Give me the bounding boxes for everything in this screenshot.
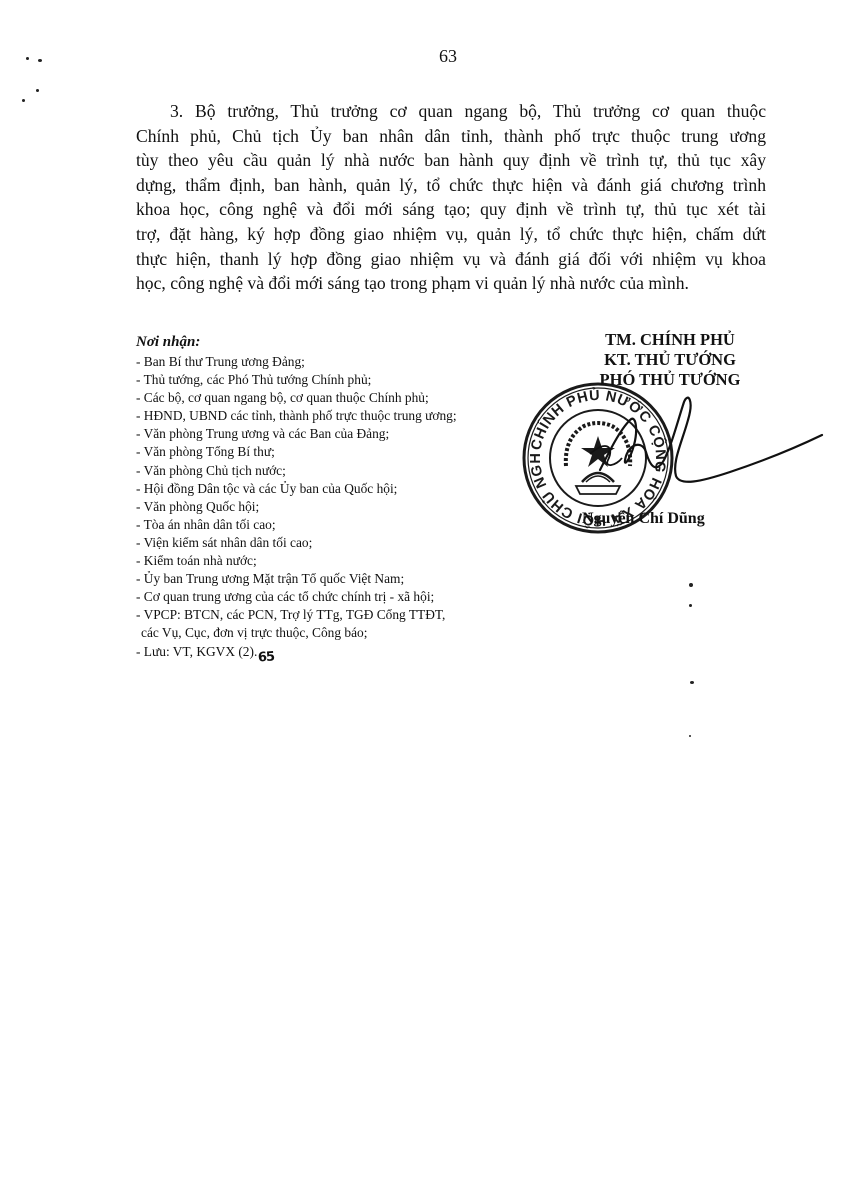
recipient-item: - Văn phòng Quốc hội; (136, 498, 536, 516)
recipient-item-archive: - Lưu: VT, KGVX (2).65 (136, 643, 536, 662)
body-line: trợ, đặt hàng, ký hợp đồng giao nhiệm vụ… (136, 222, 766, 247)
body-line: dựng, thẩm định, ban hành, quản lý, tổ c… (136, 173, 766, 198)
body-line: học, công nghệ và đổi mới sáng tạo trong… (136, 271, 766, 296)
recipient-item: - Tòa án nhân dân tối cao; (136, 516, 536, 534)
recipient-item: - Thủ tướng, các Phó Thủ tướng Chính phủ… (136, 371, 536, 389)
body-line: tùy theo yêu cầu quản lý nhà nước ban hà… (136, 148, 766, 173)
body-line: thực hiện, thanh lý hợp đồng giao nhiệm … (136, 247, 766, 272)
scan-speck (38, 59, 42, 62)
signature-block: TM. CHÍNH PHỦ KT. THỦ TƯỚNG PHÓ THỦ TƯỚN… (540, 330, 800, 390)
recipient-item: - Ủy ban Trung ương Mặt trận Tổ quốc Việ… (136, 570, 536, 588)
body-paragraph: 3. Bộ trưởng, Thủ trưởng cơ quan ngang b… (136, 99, 766, 296)
recipient-item: - VPCP: BTCN, các PCN, Trợ lý TTg, TGĐ C… (136, 606, 536, 624)
body-line: khoa học, công nghệ và đổi mới sáng tạo;… (136, 197, 766, 222)
handwritten-signature-icon (560, 390, 830, 500)
body-line: 3. Bộ trưởng, Thủ trưởng cơ quan ngang b… (136, 99, 766, 124)
page-number: 63 (0, 46, 853, 67)
scan-speck (689, 583, 693, 587)
scan-speck (689, 735, 691, 737)
scan-speck (689, 604, 692, 607)
recipients-list: Nơi nhận: - Ban Bí thư Trung ương Đảng; … (136, 334, 536, 662)
recipient-item: - Văn phòng Trung ương và các Ban của Đả… (136, 425, 536, 443)
signature-title-line3: PHÓ THỦ TƯỚNG (540, 370, 800, 390)
signature-title-line1: TM. CHÍNH PHỦ (540, 330, 800, 350)
scan-speck (26, 57, 29, 60)
recipient-item: - HĐND, UBND các tỉnh, thành phố trực th… (136, 407, 536, 425)
recipient-item: các Vụ, Cục, đơn vị trực thuộc, Công báo… (136, 624, 536, 642)
archive-text: - Lưu: VT, KGVX (2). (136, 644, 257, 659)
scan-speck (690, 681, 694, 684)
scan-speck (36, 89, 39, 92)
recipient-item: - Cơ quan trung ương của các tổ chức chí… (136, 588, 536, 606)
signature-title-line2: KT. THỦ TƯỚNG (540, 350, 800, 370)
body-line: Chính phủ, Chủ tịch Ủy ban nhân dân tỉnh… (136, 124, 766, 149)
recipient-item: - Văn phòng Chủ tịch nước; (136, 462, 536, 480)
scan-speck (22, 99, 25, 102)
recipient-item: - Các bộ, cơ quan ngang bộ, cơ quan thuộ… (136, 389, 536, 407)
recipient-item: - Viện kiểm sát nhân dân tối cao; (136, 534, 536, 552)
handwritten-copy-count: 65 (258, 648, 275, 667)
recipient-item: - Kiểm toán nhà nước; (136, 552, 536, 570)
recipient-item: - Ban Bí thư Trung ương Đảng; (136, 353, 536, 371)
recipient-item: - Văn phòng Tổng Bí thư; (136, 443, 536, 461)
recipients-heading: Nơi nhận: (136, 334, 536, 351)
recipient-item: - Hội đồng Dân tộc và các Ủy ban của Quố… (136, 480, 536, 498)
signer-name: Nguyễn Chí Dũng (582, 510, 705, 528)
